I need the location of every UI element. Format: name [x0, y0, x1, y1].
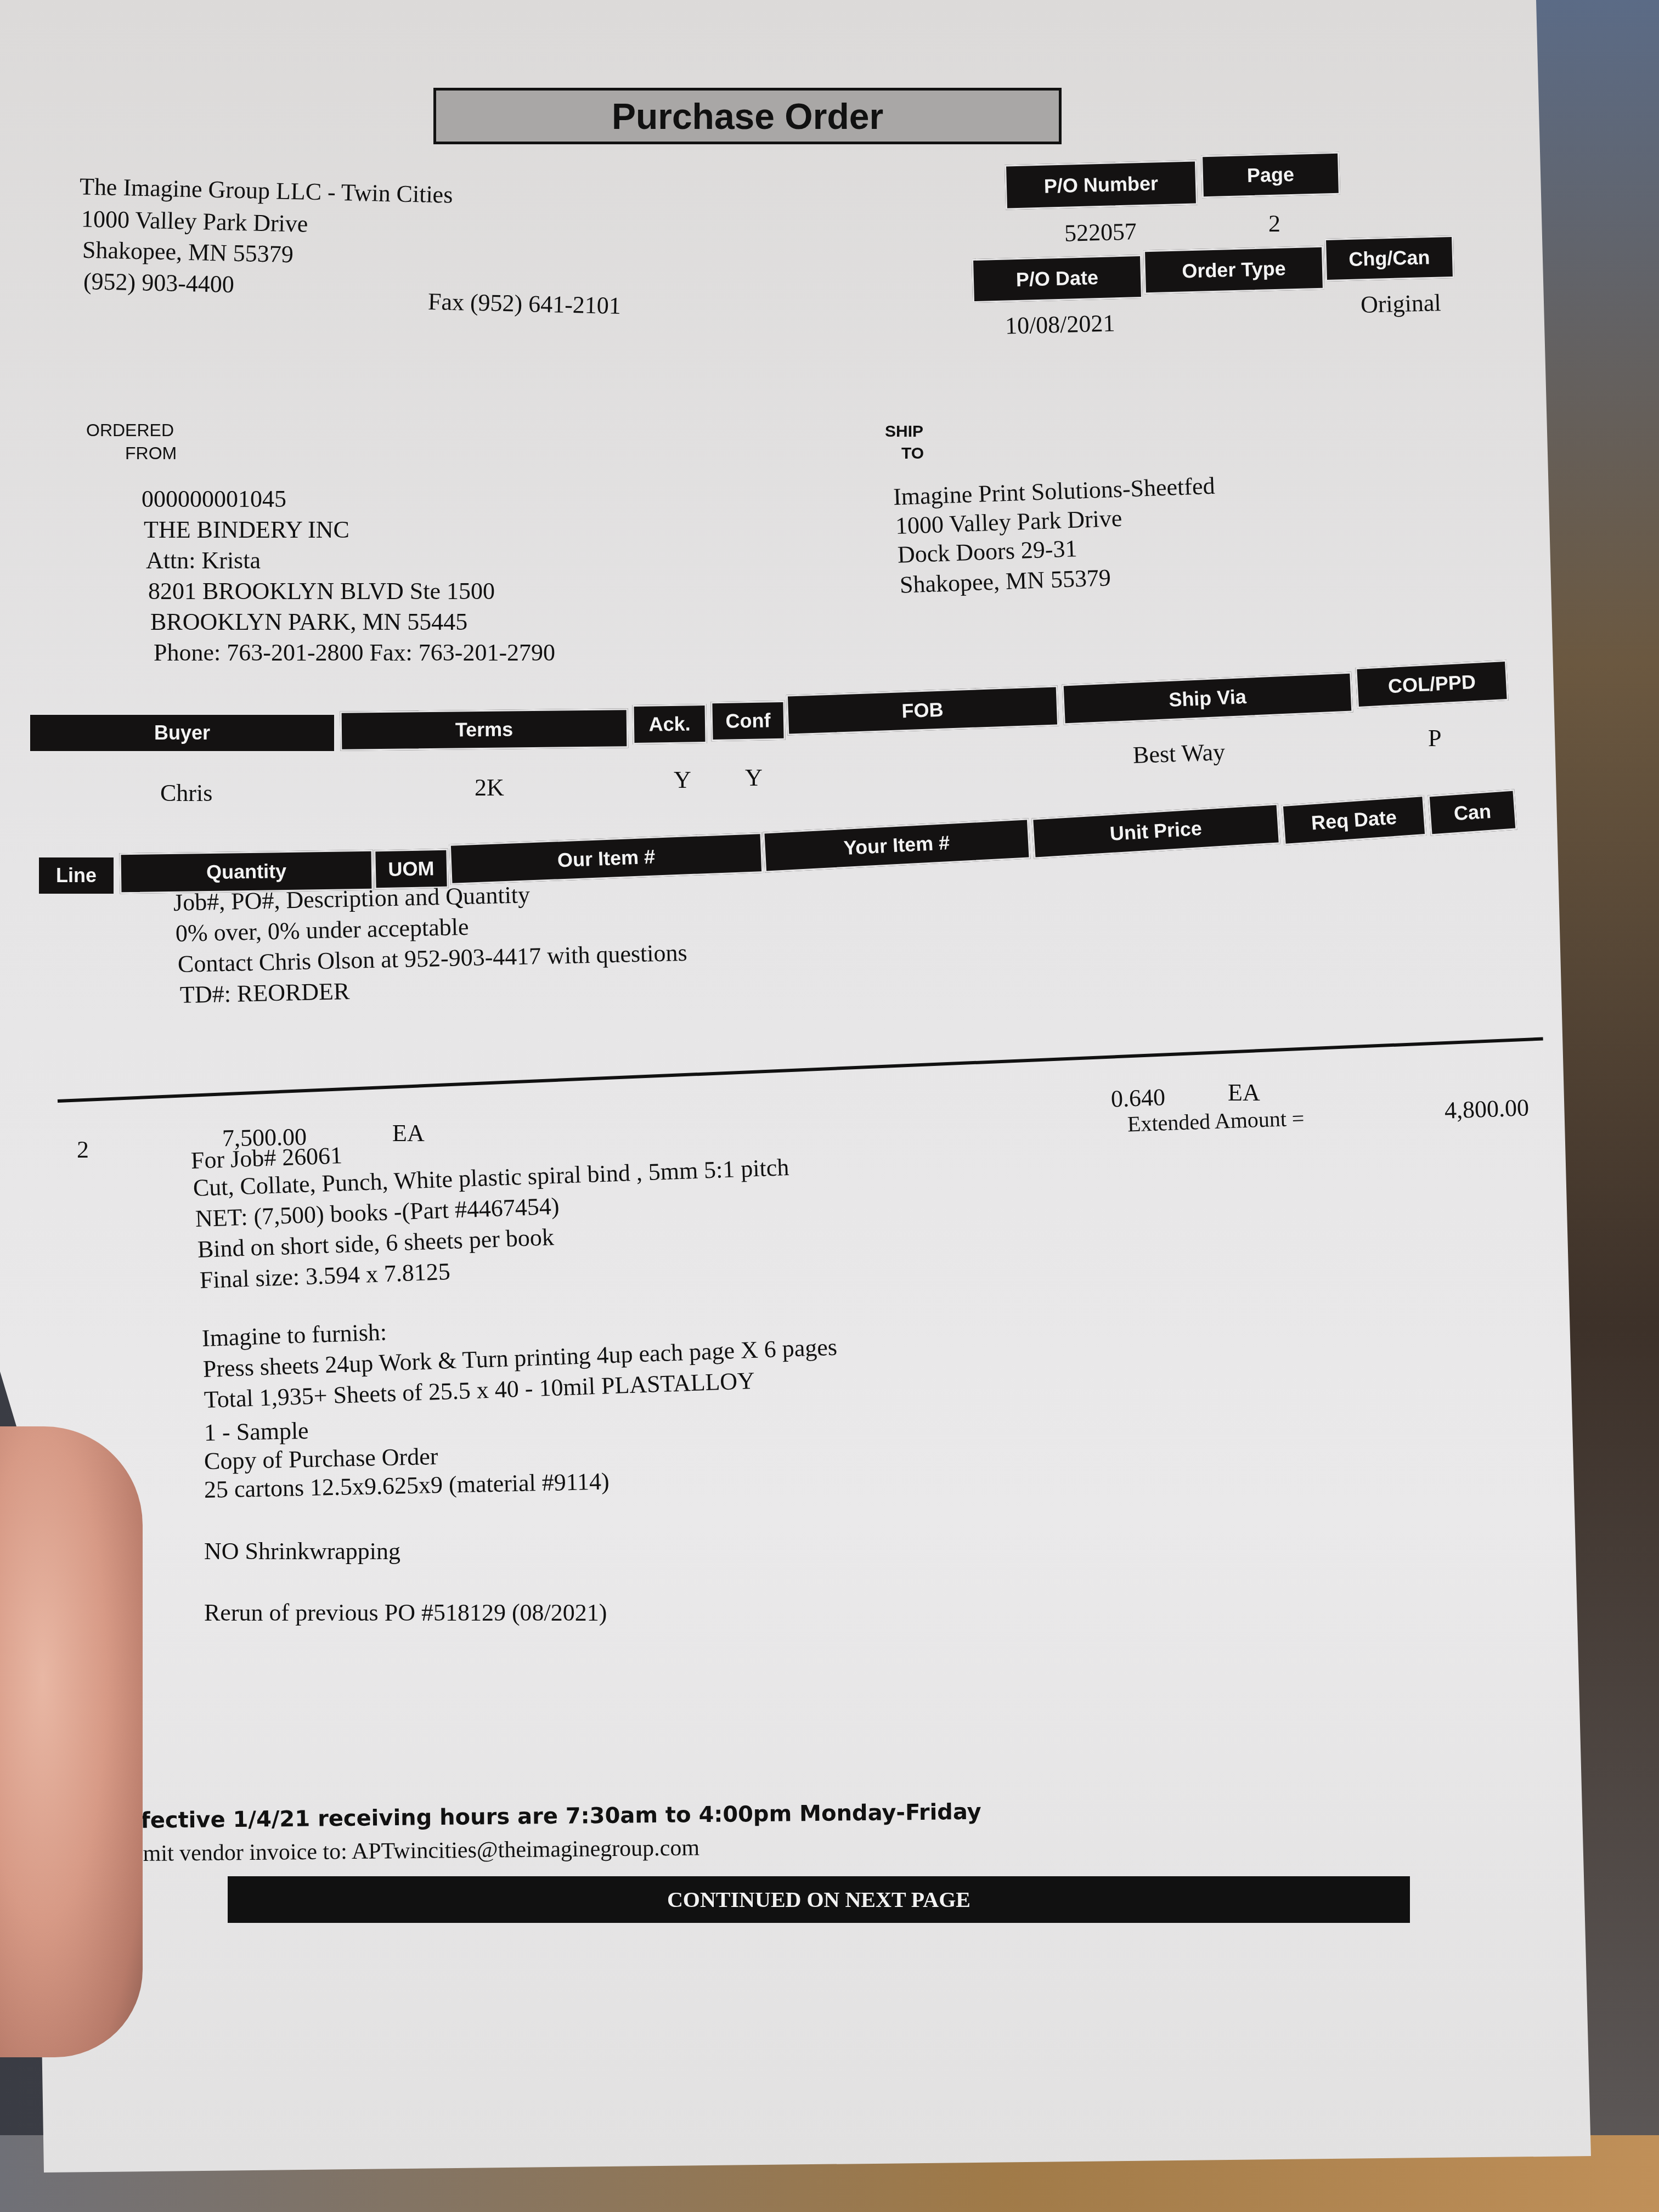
- line-header: Line: [37, 856, 115, 895]
- po-number-header: P/O Number: [1005, 160, 1198, 210]
- note-no-shrinkwrap: NO Shrinkwrapping: [204, 1537, 400, 1565]
- note-rerun: Rerun of previous PO #518129 (08/2021): [204, 1599, 607, 1627]
- col-ppd-value: P: [1428, 724, 1441, 752]
- order-type-header: Order Type: [1143, 246, 1324, 295]
- conf-value: Y: [745, 764, 763, 792]
- continued-banner: CONTINUED ON NEXT PAGE: [228, 1876, 1410, 1923]
- page-value: 2: [1268, 210, 1280, 238]
- thumb: [0, 1426, 143, 2057]
- ordered-from-label-1: ORDERED: [86, 420, 174, 441]
- po-date-value: 10/08/2021: [1005, 309, 1115, 340]
- ship-to-label-2: TO: [901, 444, 924, 463]
- company-phone: (952) 903-4400: [83, 267, 234, 298]
- vendor-name: THE BINDERY INC: [144, 516, 349, 544]
- vendor-id: 000000001045: [142, 485, 286, 513]
- furnish-line-4: 1 - Sample: [204, 1417, 309, 1447]
- line-uom: EA: [392, 1119, 425, 1147]
- buyer-header: Buyer: [29, 713, 336, 753]
- preamble-line-4: TD#: REORDER: [179, 977, 349, 1009]
- chg-can-header: Chg/Can: [1324, 235, 1454, 281]
- company-address: 1000 Valley Park Drive: [81, 205, 308, 238]
- ship-to-label-1: SHIP: [885, 422, 923, 441]
- col-ppd-header: COL/PPD: [1355, 660, 1508, 708]
- vendor-city: BROOKLYN PARK, MN 55445: [150, 608, 467, 636]
- line-number: 2: [77, 1136, 89, 1164]
- conf-header: Conf: [710, 701, 785, 741]
- buyer-value: Chris: [160, 779, 212, 807]
- company-city: Shakopee, MN 55379: [82, 236, 294, 269]
- vendor-attn: Attn: Krista: [146, 546, 261, 574]
- ordered-from-label-2: FROM: [125, 443, 177, 464]
- vendor-phone-fax: Phone: 763-201-2800 Fax: 763-201-2790: [154, 639, 555, 667]
- vendor-address: 8201 BROOKLYN BLVD Ste 1500: [148, 577, 495, 605]
- terms-header: Terms: [340, 708, 629, 751]
- can-header: Can: [1428, 789, 1517, 836]
- ack-value: Y: [674, 766, 691, 794]
- page-header: Page: [1201, 152, 1340, 199]
- document-title: Purchase Order: [433, 88, 1062, 144]
- ack-header: Ack.: [633, 704, 707, 744]
- furnish-line-5: Copy of Purchase Order: [204, 1442, 438, 1475]
- terms-value: 2K: [475, 774, 504, 802]
- company-fax: Fax (952) 641-2101: [427, 287, 621, 320]
- extended-amount-value: 4,800.00: [1444, 1093, 1530, 1124]
- po-number-value: 522057: [1064, 217, 1137, 247]
- chg-can-value: Original: [1360, 289, 1441, 319]
- ship-via-value: Best Way: [1132, 738, 1226, 769]
- line-unit-price: 0.640: [1110, 1083, 1166, 1113]
- line-price-uom: EA: [1228, 1079, 1260, 1107]
- po-date-header: P/O Date: [972, 255, 1143, 303]
